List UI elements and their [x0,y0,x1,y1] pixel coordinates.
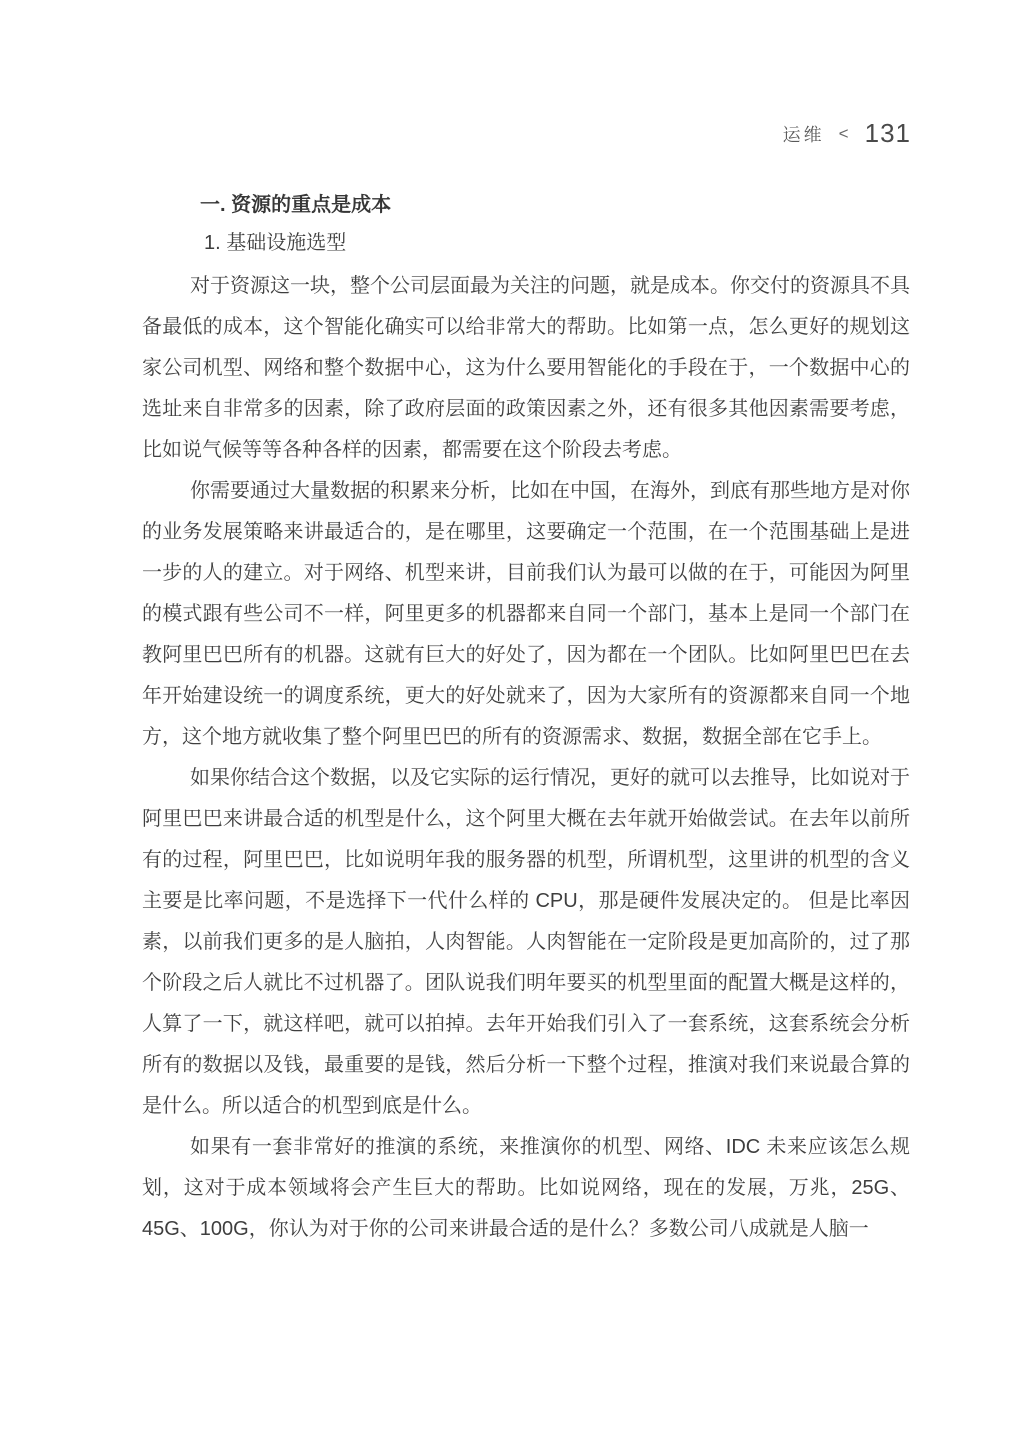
paragraph-1: 对于资源这一块，整个公司层面最为关注的问题，就是成本。你交付的资源具不具备最低的… [142,266,910,471]
page-header: 运维 < 131 [783,118,911,149]
running-head-section: 运维 [783,121,825,147]
section-heading: 一. 资源的重点是成本 [142,190,910,220]
header-separator: < [839,124,849,144]
document-page: 运维 < 131 一. 资源的重点是成本 1. 基础设施选型 对于资源这一块，整… [0,0,1031,1440]
paragraph-3: 如果你结合这个数据，以及它实际的运行情况，更好的就可以去推导，比如说对于阿里巴巴… [142,758,910,1127]
sub-heading: 1. 基础设施选型 [142,228,910,258]
body-text: 对于资源这一块，整个公司层面最为关注的问题，就是成本。你交付的资源具不具备最低的… [142,266,910,1250]
paragraph-4: 如果有一套非常好的推演的系统，来推演你的机型、网络、IDC 未来应该怎么规划，这… [142,1127,910,1250]
page-number: 131 [865,118,911,149]
page-content: 一. 资源的重点是成本 1. 基础设施选型 对于资源这一块，整个公司层面最为关注… [142,190,910,1250]
paragraph-2: 你需要通过大量数据的积累来分析，比如在中国，在海外，到底有那些地方是对你的业务发… [142,471,910,758]
